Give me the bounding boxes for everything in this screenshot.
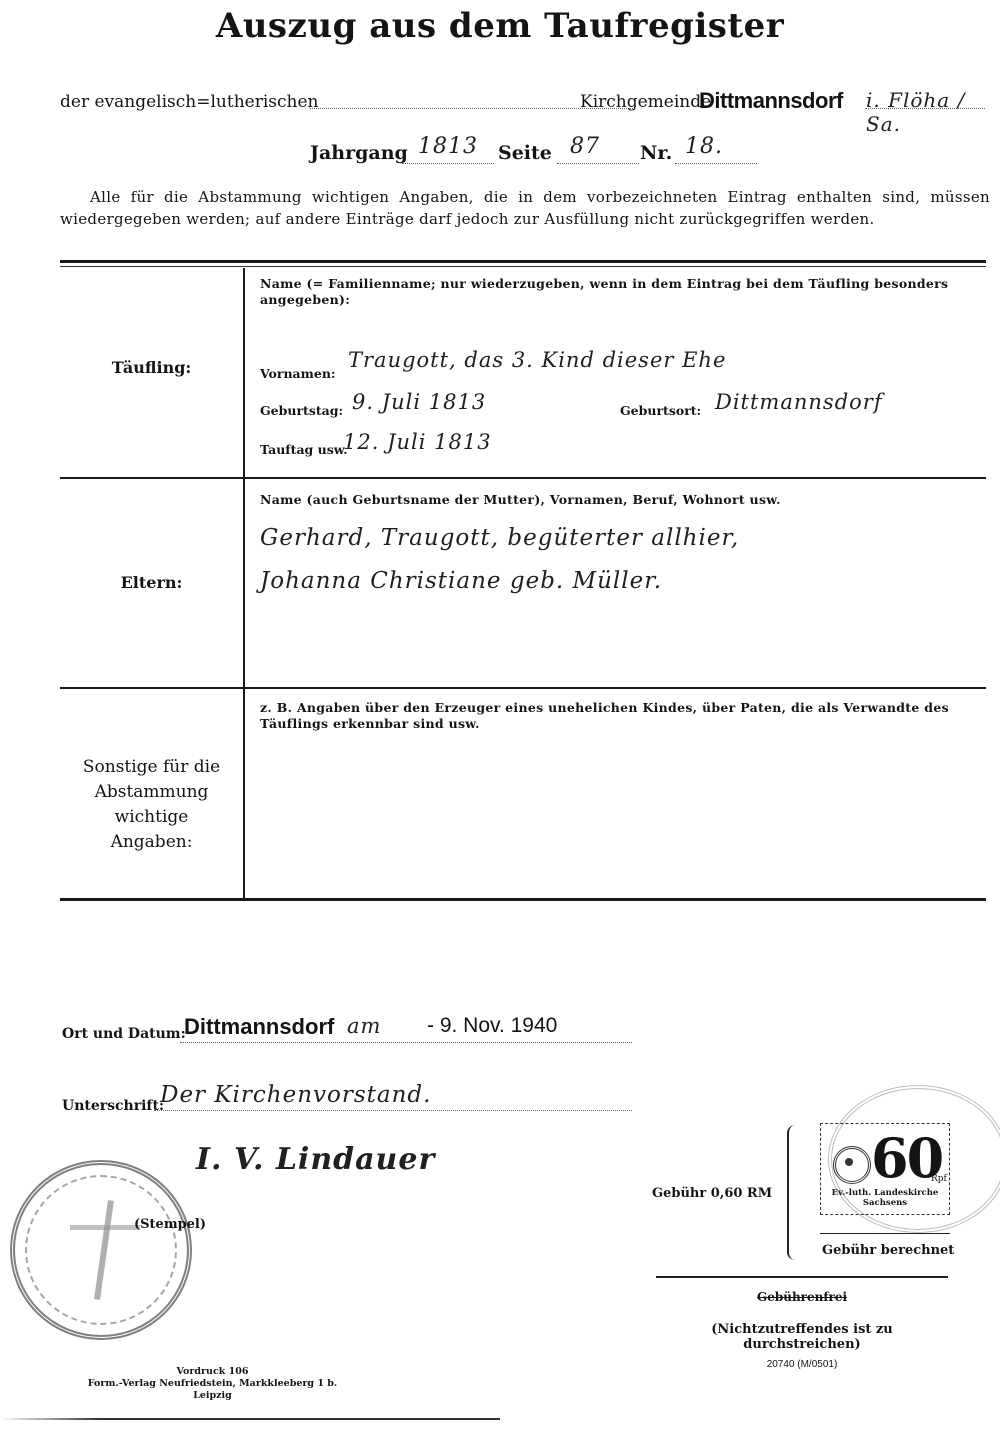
page-label: Seite [498,142,552,164]
birth-date-label: Geburtstag: [260,403,343,418]
year-value: 1813 [418,134,478,159]
page-value: 87 [570,134,600,159]
signature-line: Unterschrift: Der Kirchenvorstand. [62,1080,632,1116]
church-label: Kirchgemeinde [580,92,711,112]
first-names-value: Traugott, das 3. Kind dieser Ehe [348,348,726,372]
birth-place-label: Geburtsort: [620,403,701,418]
fee-stamp-caption: Ev.-luth. Landeskirche Sachsens [825,1188,945,1208]
printer-info: Vordruck 106 Form.-Verlag Neufriedstein,… [70,1366,355,1402]
table-top-rule [60,260,986,263]
signature-label: Unterschrift: [62,1098,164,1114]
form-number: Vordruck 106 [70,1366,355,1378]
row-label-parents: Eltern: [60,573,243,592]
church-line: der evangelisch=lutherischen Kirchgemein… [60,88,990,116]
register-line: Jahrgang 1813 Seite 87 Nr. 18. [310,140,770,170]
instruction-text: Alle für die Abstammung wichtigen Angabe… [60,186,990,230]
form-table: Täufling: Name (= Familienname; nur wied… [60,260,986,902]
strike-note: (Nichtzutreffendes ist zu durchstreichen… [656,1322,948,1352]
church-place-suffix: i. Flöha / Sa. [866,88,990,136]
form-code: 20740 (M/0501) [656,1359,948,1370]
document-title: Auszug aus dem Taufregister [0,6,1000,46]
signature-value: Der Kirchenvorstand. [160,1082,431,1108]
place-date-line: Ort und Datum: Dittmannsdorf am - 9. Nov… [62,1012,632,1048]
fee-rule [656,1276,948,1278]
dotted-fill [675,163,757,164]
signature-name: I. V. Lindauer [196,1142,435,1177]
row-note-baptized: Name (= Familienname; nur wiederzugeben,… [260,276,960,308]
fee-charged: Gebühr berechnet [822,1243,954,1258]
number-value: 18. [685,134,723,159]
year-label: Jahrgang [310,142,408,164]
row-label-other: Sonstige für die Abstammung wichtige Ang… [60,755,243,855]
parents-line-1: Gerhard, Traugott, begüterter allhier, [260,525,739,551]
column-divider [243,268,245,900]
baptism-date-value: 12. Juli 1813 [343,430,492,454]
place-date-label: Ort und Datum: [62,1026,186,1042]
table-bottom-rule [60,898,986,901]
number-label: Nr. [640,142,672,164]
stamp-label: (Stempel) [134,1217,206,1232]
baptism-date-label: Tauftag usw. [260,442,348,457]
seal-cross-bar [70,1225,140,1230]
bottom-edge-rule [0,1418,500,1420]
dotted-fill [180,1042,632,1043]
row-divider [60,477,986,479]
table-top-rule-thin [60,266,986,267]
fee-divider [820,1233,950,1234]
date-value: - 9. Nov. 1940 [427,1014,557,1038]
dotted-fill [402,163,494,164]
dotted-fill [154,1110,632,1111]
date-connector: am [347,1014,381,1038]
row-note-parents: Name (auch Geburtsname der Mutter), Vorn… [260,492,960,508]
church-place: Dittmannsdorf [699,88,843,114]
parents-line-2: Johanna Christiane geb. Müller. [260,568,662,594]
church-seal-stamp [10,1160,192,1340]
publisher: Form.-Verlag Neufriedstein, Markkleeberg… [70,1378,355,1402]
place-value: Dittmannsdorf [184,1014,334,1040]
fee-stamp-unit: Rpf [931,1174,947,1184]
birth-date-value: 9. Juli 1813 [352,390,486,414]
fee-free: Gebührenfrei [656,1290,948,1304]
row-note-other: z. B. Angaben über den Erzeuger eines un… [260,700,960,732]
row-divider [60,687,986,689]
fee-revenue-stamp: 60 Rpf Ev.-luth. Landeskirche Sachsens [820,1123,950,1215]
row-label-baptized: Täufling: [60,358,243,377]
rose-emblem-icon [833,1146,871,1184]
first-names-label: Vornamen: [260,366,336,381]
fee-label: Gebühr 0,60 RM [652,1186,772,1201]
church-prefix: der evangelisch=lutherischen [60,92,318,112]
dotted-fill [557,163,639,164]
birth-place-value: Dittmannsdorf [715,390,883,414]
brace-icon [787,1125,799,1260]
